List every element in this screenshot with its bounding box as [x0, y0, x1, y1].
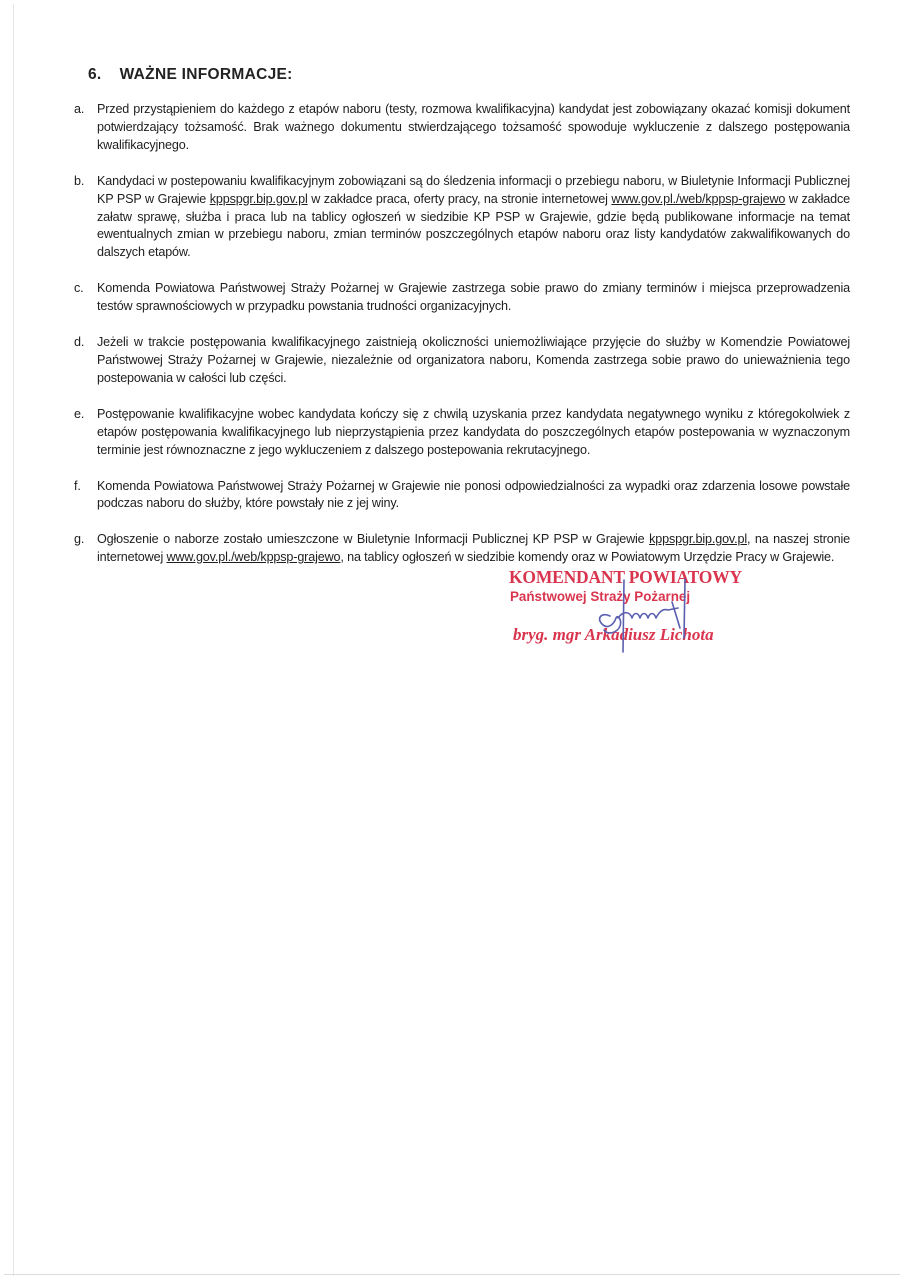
list-item: f.Komenda Powiatowa Państwowej Straży Po… [74, 478, 850, 514]
handwritten-signature-icon [588, 578, 688, 658]
page-edge [4, 1274, 900, 1275]
list-item-text: Komenda Powiatowa Państwowej Straży Poża… [97, 280, 850, 316]
text-segment: Przed przystąpieniem do każdego z etapów… [97, 102, 850, 152]
list-item: b.Kandydaci w postepowaniu kwalifikacyjn… [74, 173, 850, 263]
list-item-marker: d. [74, 334, 97, 388]
section-number: 6. [88, 66, 115, 84]
list-item-text: Ogłoszenie o naborze zostało umieszczone… [97, 531, 850, 567]
list-item: e.Postępowanie kwalifikacyjne wobec kand… [74, 406, 850, 460]
text-segment: Komenda Powiatowa Państwowej Straży Poża… [97, 479, 850, 511]
list-item: a.Przed przystąpieniem do każdego z etap… [74, 101, 850, 155]
page-edge [13, 4, 14, 1276]
text-segment: w zakładce praca, oferty pracy, na stron… [308, 192, 612, 206]
list-item-text: Przed przystąpieniem do każdego z etapów… [97, 101, 850, 155]
list-item-text: Postępowanie kwalifikacyjne wobec kandyd… [97, 406, 850, 460]
list-item-text: Jeżeli w trakcie postępowania kwalifikac… [97, 334, 850, 388]
list-item-marker: g. [74, 531, 97, 567]
list-item-marker: b. [74, 173, 97, 263]
text-segment: Komenda Powiatowa Państwowej Straży Poża… [97, 281, 850, 313]
list-item-marker: c. [74, 280, 97, 316]
list-item-marker: a. [74, 101, 97, 155]
hyperlink[interactable]: www.gov.pl./web/kppsp-grajewo [611, 192, 785, 206]
text-segment: Ogłoszenie o naborze zostało umieszczone… [97, 532, 649, 546]
hyperlink[interactable]: www.gov.pl./web/kppsp-grajewo [166, 550, 340, 564]
list-item: d.Jeżeli w trakcie postępowania kwalifik… [74, 334, 850, 388]
text-segment: , na tablicy ogłoszeń w siedzibie komend… [340, 550, 834, 564]
hyperlink[interactable]: kppspgr.bip.gov.pl [649, 532, 747, 546]
list-item-text: Komenda Powiatowa Państwowej Straży Poża… [97, 478, 850, 514]
information-list: a.Przed przystąpieniem do każdego z etap… [74, 101, 850, 585]
list-item-marker: e. [74, 406, 97, 460]
list-item-marker: f. [74, 478, 97, 514]
hyperlink[interactable]: kppspgr.bip.gov.pl [210, 192, 308, 206]
text-segment: Postępowanie kwalifikacyjne wobec kandyd… [97, 407, 850, 457]
text-segment: Jeżeli w trakcie postępowania kwalifikac… [97, 335, 850, 385]
section-title: WAŻNE INFORMACJE: [120, 66, 293, 83]
list-item-text: Kandydaci w postepowaniu kwalifikacyjnym… [97, 173, 850, 263]
list-item: g.Ogłoszenie o naborze zostało umieszczo… [74, 531, 850, 567]
list-item: c.Komenda Powiatowa Państwowej Straży Po… [74, 280, 850, 316]
section-heading: 6. WAŻNE INFORMACJE: [88, 66, 293, 84]
